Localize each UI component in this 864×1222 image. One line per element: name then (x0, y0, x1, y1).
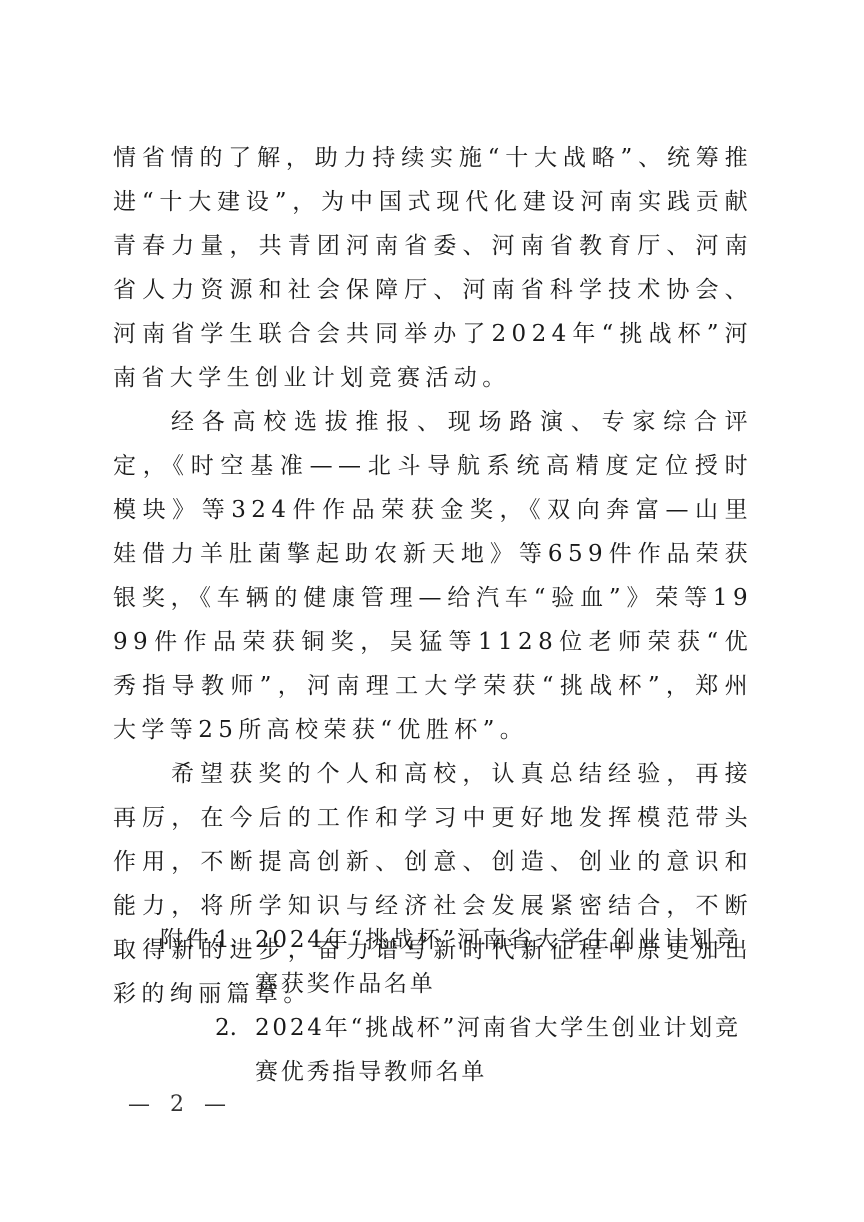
attachment-item-1: 附件： 1. 2024年“挑战杯”河南省大学生创业计划竞 赛获奖作品名单 (160, 918, 760, 1006)
attachment-number: 1. (215, 918, 255, 1006)
attachment-title-line-2: 赛获奖作品名单 (255, 962, 750, 1006)
attachment-number: 2. (215, 1006, 255, 1094)
attachment-item-2: 2. 2024年“挑战杯”河南省大学生创业计划竞 赛优秀指导教师名单 (160, 1006, 760, 1094)
page-number: — 2 — (128, 1090, 228, 1120)
paragraph-award-results: 经各高校选拔推报、现场路演、专家综合评定，《时空基准——北斗导航系统高精度定位授… (113, 400, 753, 752)
attachments-list: 附件： 1. 2024年“挑战杯”河南省大学生创业计划竞 赛获奖作品名单 2. … (160, 918, 760, 1094)
attachment-title: 2024年“挑战杯”河南省大学生创业计划竞 赛优秀指导教师名单 (255, 1006, 760, 1094)
attachment-title-line-1: 2024年“挑战杯”河南省大学生创业计划竞 (255, 927, 741, 953)
attachments-label-spacer (160, 1006, 215, 1094)
document-page: 情省情的了解，助力持续实施“十大战略”、统筹推进“十大建设”，为中国式现代化建设… (0, 0, 864, 1222)
attachment-title: 2024年“挑战杯”河南省大学生创业计划竞 赛获奖作品名单 (255, 918, 760, 1006)
attachment-title-line-2: 赛优秀指导教师名单 (255, 1050, 750, 1094)
body-text: 情省情的了解，助力持续实施“十大战略”、统筹推进“十大建设”，为中国式现代化建设… (113, 136, 753, 1016)
paragraph-intro-continuation: 情省情的了解，助力持续实施“十大战略”、统筹推进“十大建设”，为中国式现代化建设… (113, 136, 753, 400)
attachments-label: 附件： (160, 918, 215, 1006)
attachment-title-line-1: 2024年“挑战杯”河南省大学生创业计划竞 (255, 1015, 741, 1041)
